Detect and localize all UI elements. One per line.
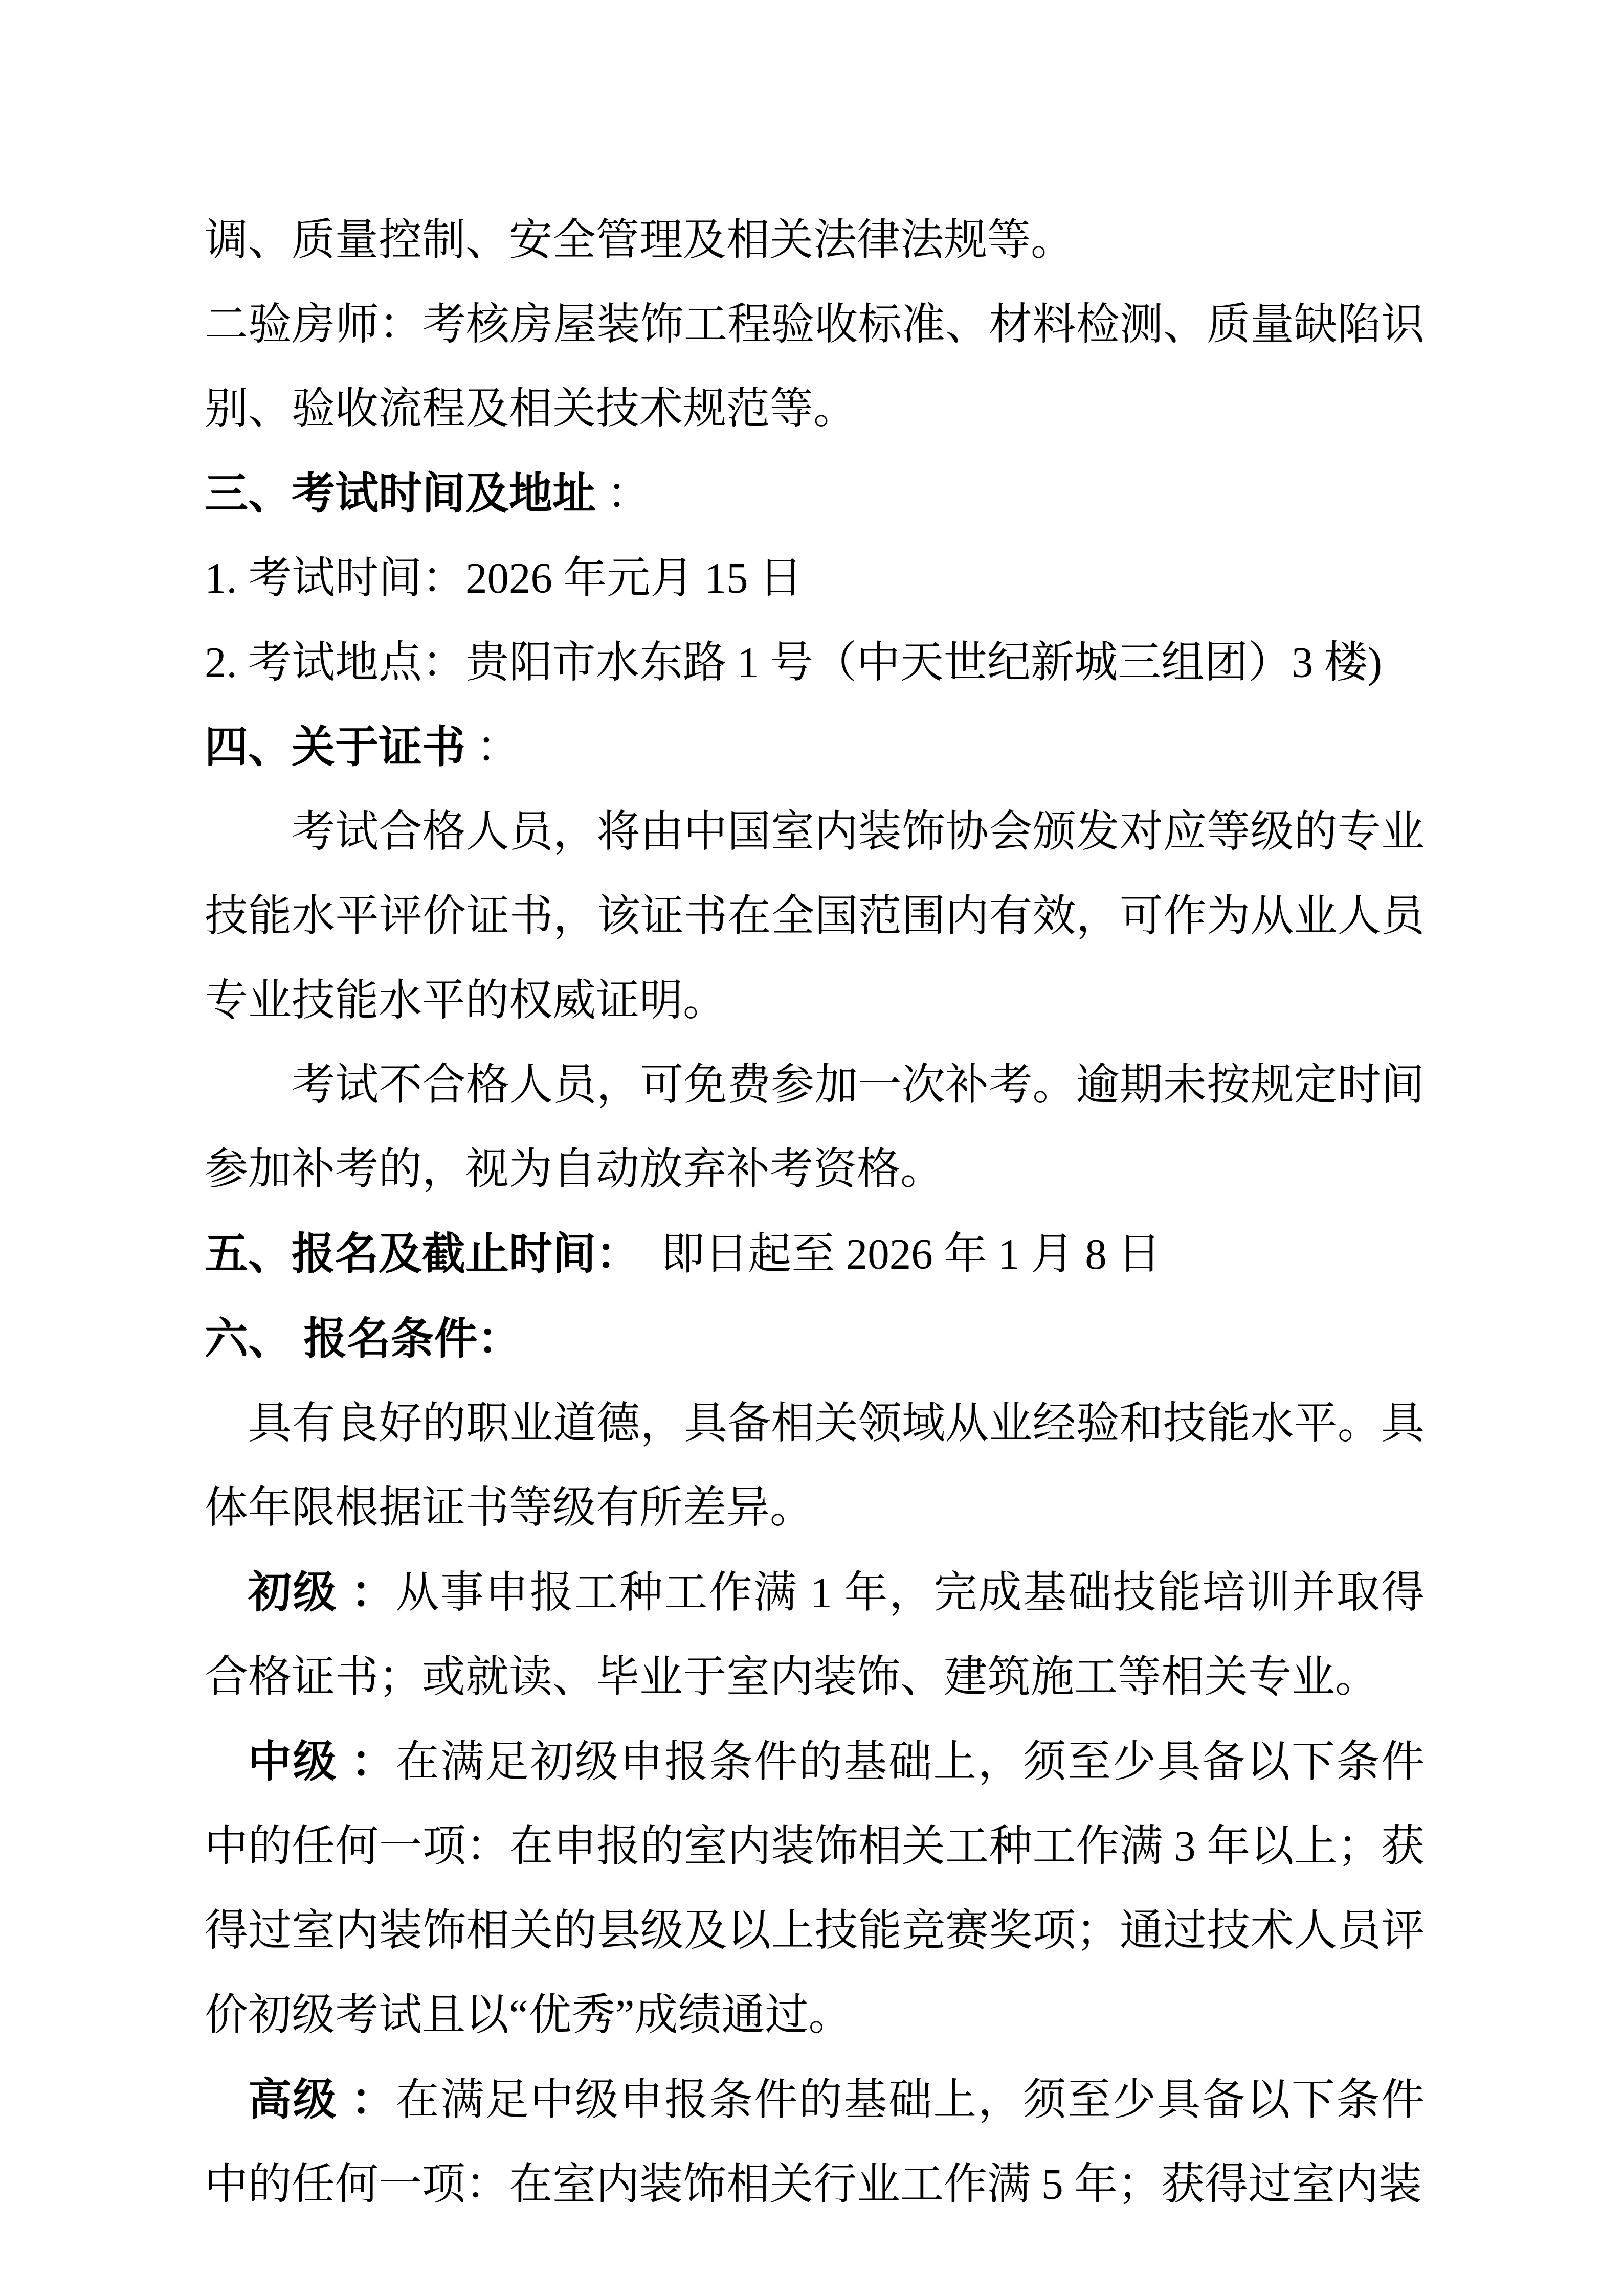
section6-heading: 六、 报名条件： <box>205 1297 1425 1382</box>
section4-heading-colon: ： <box>465 724 520 772</box>
level-label-intermediate: 中级 ： <box>248 1738 396 1786</box>
section5-value: 即日起至 2026 年 1 月 8 日 <box>618 1230 1162 1278</box>
section5-heading-text: 五、报名及截止时间： <box>205 1230 618 1278</box>
section5-line: 五、报名及截止时间： 即日起至 2026 年 1 月 8 日 <box>205 1212 1425 1297</box>
level-label-senior: 高级 ： <box>248 2076 396 2124</box>
section3-heading-text: 三、考试时间及地址 <box>205 469 596 518</box>
section6-heading-text: 六、 报名条件： <box>205 1315 521 1363</box>
section3-heading-colon: ： <box>596 470 650 518</box>
section3-item-1: 1. 考试时间：2026 年元月 15 日 <box>205 536 1425 621</box>
section4-heading-text: 四、关于证书 <box>205 723 465 772</box>
section6-intro: 具有良好的职业道德，具备相关领域从业经验和技能水平。具体年限根据证书等级有所差异… <box>205 1382 1425 1550</box>
level-paragraph-senior: 高级 ：在满足中级申报条件的基础上，须至少具备以下条件中的任何一项：在室内装饰相… <box>205 2058 1425 2227</box>
section3-item-2: 2. 考试地点：贵阳市水东路 1 号（中天世纪新城三组团）3 楼) <box>205 621 1425 705</box>
level-label-junior: 初级 ： <box>248 1568 395 1617</box>
level-paragraph-junior: 初级 ：从事申报工种工作满 1 年，完成基础技能培训并取得合格证书；或就读、毕业… <box>205 1550 1425 1720</box>
section3-heading: 三、考试时间及地址 ： <box>205 452 1425 536</box>
document-page: 调、质量控制、安全管理及相关法律法规等。 二验房师：考核房屋装饰工程验收标准、材… <box>0 0 1624 2296</box>
section4-paragraph-1: 考试合格人员，将由中国室内装饰协会颁发对应等级的专业技能水平评价证书，该证书在全… <box>205 790 1425 1043</box>
continuation-line: 调、质量控制、安全管理及相关法律法规等。 <box>205 198 1425 283</box>
level-paragraph-intermediate: 中级 ：在满足初级申报条件的基础上，须至少具备以下条件中的任何一项：在申报的室内… <box>205 1720 1425 2058</box>
section4-heading: 四、关于证书 ： <box>205 705 1425 790</box>
inspector-paragraph: 二验房师：考核房屋装饰工程验收标准、材料检测、质量缺陷识别、验收流程及相关技术规… <box>205 283 1425 452</box>
section4-paragraph-2: 考试不合格人员，可免费参加一次补考。逾期未按规定时间参加补考的，视为自动放弃补考… <box>205 1043 1425 1212</box>
